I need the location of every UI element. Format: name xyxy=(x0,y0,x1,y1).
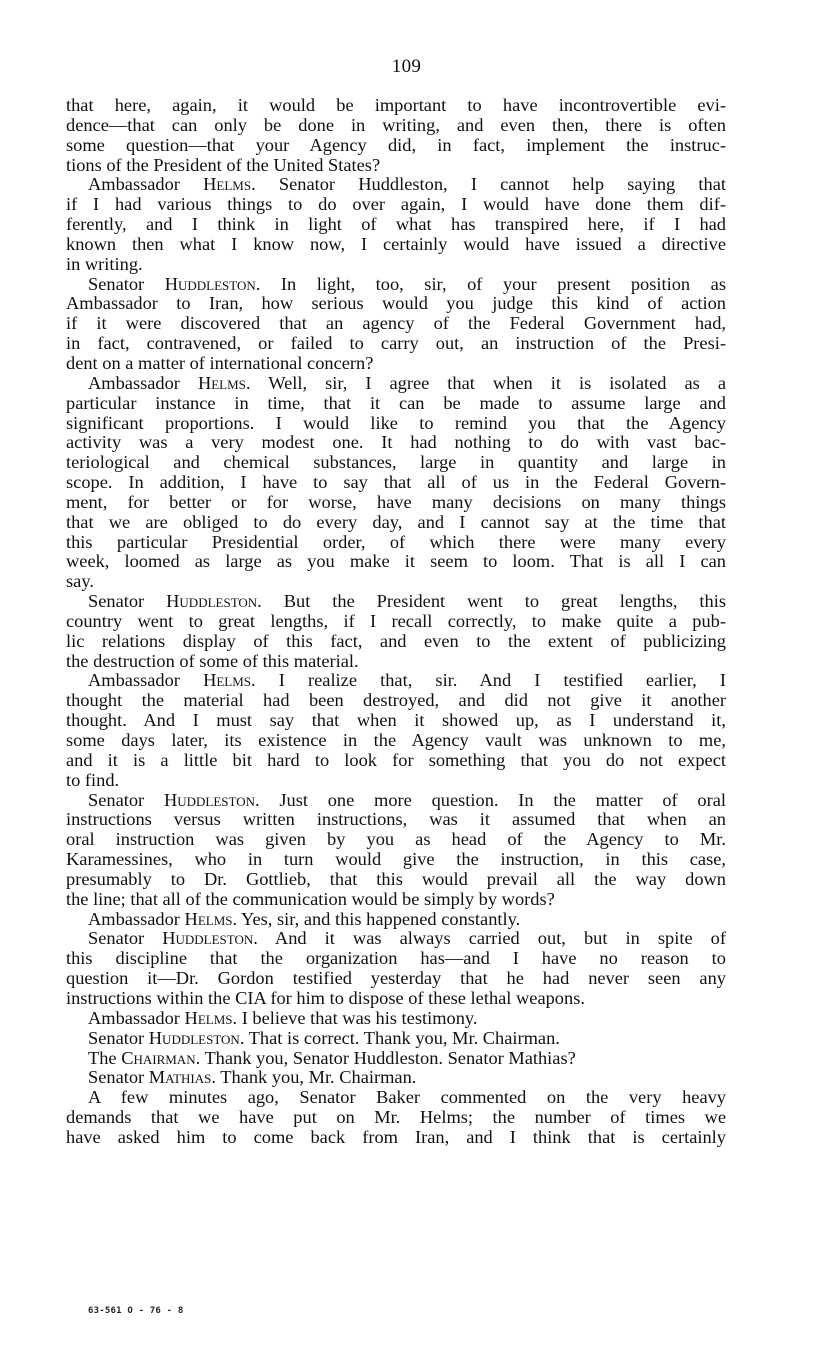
line-text: if I had various things to do over again… xyxy=(66,194,726,214)
line-text: oral instruction was given by you as hea… xyxy=(66,829,726,849)
text-line: instructions versus written instructions… xyxy=(66,810,726,830)
line-text: some question—that your Agency did, in f… xyxy=(66,135,726,155)
speaker-title: Senator xyxy=(88,591,166,611)
speaker-title: Senator xyxy=(88,274,165,294)
text-line: if I had various things to do over again… xyxy=(66,195,726,215)
hearing-transcript-body: that here, again, it would be important … xyxy=(66,96,726,1148)
line-text: instructions within the CIA for him to d… xyxy=(66,988,585,1008)
speaker-line: The Chairman. Thank you, Senator Huddles… xyxy=(66,1049,726,1069)
line-text: In light, too, sir, of your present posi… xyxy=(260,274,726,294)
text-line: scope. In addition, I have to say that a… xyxy=(66,473,726,493)
print-job-code: 63-561 O - 76 - 8 xyxy=(88,1306,184,1316)
speaker-title: Ambassador xyxy=(88,670,203,690)
speaker-line: Ambassador Helms. Well, sir, I agree tha… xyxy=(66,374,726,394)
speaker-line: Senator Huddleston. That is correct. Tha… xyxy=(66,1029,726,1049)
line-text: Karamessines, who in turn would give the… xyxy=(66,849,726,869)
text-line: if it were discovered that an agency of … xyxy=(66,314,726,334)
line-text: question it—Dr. Gordon testified yesterd… xyxy=(66,968,726,988)
speaker-title: Ambassador xyxy=(88,373,198,393)
text-line: that here, again, it would be important … xyxy=(66,96,726,116)
speaker-line: Ambassador Helms. I realize that, sir. A… xyxy=(66,671,726,691)
text-line: oral instruction was given by you as hea… xyxy=(66,830,726,850)
text-line: and it is a little bit hard to look for … xyxy=(66,751,726,771)
line-text: this discipline that the organization ha… xyxy=(66,948,726,968)
text-line: in fact, contravened, or failed to carry… xyxy=(66,334,726,354)
text-line: say. xyxy=(66,572,726,592)
line-text: in writing. xyxy=(66,254,143,274)
text-line: Karamessines, who in turn would give the… xyxy=(66,850,726,870)
text-line: lic relations display of this fact, and … xyxy=(66,632,726,652)
speaker-name: Helms. xyxy=(185,1008,238,1028)
speaker-title: Senator xyxy=(88,1067,149,1087)
line-text: I believe that was his testimony. xyxy=(237,1008,477,1028)
text-line: activity was a very modest one. It had n… xyxy=(66,433,726,453)
line-text: dent on a matter of international concer… xyxy=(66,353,373,373)
text-line: Ambassador to Iran, how serious would yo… xyxy=(66,294,726,314)
speaker-name: Huddleston. xyxy=(166,591,262,611)
line-text: Yes, sir, and this happened constantly. xyxy=(237,909,520,929)
text-line: known then what I know now, I certainly … xyxy=(66,235,726,255)
text-line: particular instance in time, that it can… xyxy=(66,394,726,414)
text-line: some question—that your Agency did, in f… xyxy=(66,136,726,156)
document-page: 109 that here, again, it would be import… xyxy=(0,0,813,1360)
line-text: to find. xyxy=(66,770,119,790)
line-text: teriological and chemical substances, la… xyxy=(66,452,726,472)
line-text: demands that we have put on Mr. Helms; t… xyxy=(66,1107,726,1127)
text-line: significant proportions. I would like to… xyxy=(66,414,726,434)
text-line: that we are obliged to do every day, and… xyxy=(66,513,726,533)
line-text: A few minutes ago, Senator Baker comment… xyxy=(88,1087,726,1107)
line-text: Senator Huddleston, I cannot help saying… xyxy=(256,174,726,194)
text-line: the destruction of some of this material… xyxy=(66,652,726,672)
text-line: presumably to Dr. Gottlieb, that this wo… xyxy=(66,870,726,890)
line-text: that here, again, it would be important … xyxy=(66,95,726,115)
line-text: country went to great lengths, if I reca… xyxy=(66,611,726,631)
text-line: question it—Dr. Gordon testified yesterd… xyxy=(66,969,726,989)
text-line: in writing. xyxy=(66,255,726,275)
line-text: presumably to Dr. Gottlieb, that this wo… xyxy=(66,869,726,889)
speaker-line: Ambassador Helms. Senator Huddleston, I … xyxy=(66,175,726,195)
text-line: dent on a matter of international concer… xyxy=(66,354,726,374)
text-line: to find. xyxy=(66,771,726,791)
line-text: this particular Presidential order, of w… xyxy=(66,532,726,552)
speaker-line: Ambassador Helms. Yes, sir, and this hap… xyxy=(66,910,726,930)
text-line: ferently, and I think in light of what h… xyxy=(66,215,726,235)
speaker-title: Ambassador xyxy=(88,174,203,194)
line-text: say. xyxy=(66,571,94,591)
line-text: the destruction of some of this material… xyxy=(66,651,359,671)
line-text: significant proportions. I would like to… xyxy=(66,413,726,433)
speaker-name: Huddleston. xyxy=(165,274,261,294)
speaker-line: Ambassador Helms. I believe that was his… xyxy=(66,1009,726,1029)
text-line: ment, for better or for worse, have many… xyxy=(66,493,726,513)
page-number: 109 xyxy=(0,56,813,78)
text-line: thought. And I must say that when it sho… xyxy=(66,711,726,731)
line-text: dence—that can only be done in writing, … xyxy=(66,115,726,135)
line-text: Ambassador to Iran, how serious would yo… xyxy=(66,293,726,313)
speaker-name: Chairman. xyxy=(121,1048,200,1068)
line-text: instructions versus written instructions… xyxy=(66,809,726,829)
speaker-name: Huddleston. xyxy=(149,1028,245,1048)
line-text: Thank you, Senator Huddleston. Senator M… xyxy=(200,1048,576,1068)
line-text: ment, for better or for worse, have many… xyxy=(66,492,726,512)
text-line: A few minutes ago, Senator Baker comment… xyxy=(66,1088,726,1108)
line-text: particular instance in time, that it can… xyxy=(66,393,726,413)
line-text: But the President went to great lengths,… xyxy=(262,591,726,611)
speaker-line: Senator Huddleston. But the President we… xyxy=(66,592,726,612)
speaker-title: Senator xyxy=(88,928,162,948)
text-line: country went to great lengths, if I reca… xyxy=(66,612,726,632)
text-line: teriological and chemical substances, la… xyxy=(66,453,726,473)
line-text: thought. And I must say that when it sho… xyxy=(66,710,726,730)
text-line: this particular Presidential order, of w… xyxy=(66,533,726,553)
speaker-title: The xyxy=(88,1048,121,1068)
speaker-name: Huddleston. xyxy=(162,928,258,948)
text-line: demands that we have put on Mr. Helms; t… xyxy=(66,1108,726,1128)
speaker-title: Senator xyxy=(88,1028,149,1048)
line-text: Just one more question. In the matter of… xyxy=(260,790,726,810)
text-line: this discipline that the organization ha… xyxy=(66,949,726,969)
line-text: some days later, its existence in the Ag… xyxy=(66,730,726,750)
line-text: ferently, and I think in light of what h… xyxy=(66,214,726,234)
line-text: if it were discovered that an agency of … xyxy=(66,313,726,333)
speaker-title: Ambassador xyxy=(88,1008,185,1028)
line-text: in fact, contravened, or failed to carry… xyxy=(66,333,726,353)
speaker-line: Senator Mathias. Thank you, Mr. Chairman… xyxy=(66,1068,726,1088)
line-text: and it is a little bit hard to look for … xyxy=(66,750,726,770)
line-text: have asked him to come back from Iran, a… xyxy=(66,1127,726,1147)
line-text: thought the material had been destroyed,… xyxy=(66,690,726,710)
text-line: dence—that can only be done in writing, … xyxy=(66,116,726,136)
line-text: That is correct. Thank you, Mr. Chairman… xyxy=(244,1028,559,1048)
speaker-name: Helms. xyxy=(198,373,251,393)
speaker-title: Senator xyxy=(88,790,164,810)
speaker-name: Helms. xyxy=(203,174,256,194)
line-text: activity was a very modest one. It had n… xyxy=(66,432,726,452)
text-line: week, loomed as large as you make it see… xyxy=(66,552,726,572)
line-text: lic relations display of this fact, and … xyxy=(66,631,726,651)
speaker-name: Helms. xyxy=(185,909,238,929)
text-line: tions of the President of the United Sta… xyxy=(66,156,726,176)
speaker-title: Ambassador xyxy=(88,909,185,929)
speaker-name: Mathias. xyxy=(149,1067,216,1087)
text-line: instructions within the CIA for him to d… xyxy=(66,989,726,1009)
text-line: thought the material had been destroyed,… xyxy=(66,691,726,711)
line-text: the line; that all of the communication … xyxy=(66,889,555,909)
line-text: week, loomed as large as you make it see… xyxy=(66,551,726,571)
text-line: have asked him to come back from Iran, a… xyxy=(66,1128,726,1148)
speaker-line: Senator Huddleston. And it was always ca… xyxy=(66,929,726,949)
line-text: I realize that, sir. And I testified ear… xyxy=(256,670,726,690)
line-text: that we are obliged to do every day, and… xyxy=(66,512,726,532)
speaker-name: Huddleston. xyxy=(164,790,260,810)
line-text: tions of the President of the United Sta… xyxy=(66,155,380,175)
line-text: And it was always carried out, but in sp… xyxy=(258,928,726,948)
line-text: Thank you, Mr. Chairman. xyxy=(216,1067,416,1087)
text-line: some days later, its existence in the Ag… xyxy=(66,731,726,751)
speaker-line: Senator Huddleston. Just one more questi… xyxy=(66,791,726,811)
text-line: the line; that all of the communication … xyxy=(66,890,726,910)
line-text: known then what I know now, I certainly … xyxy=(66,234,726,254)
speaker-line: Senator Huddleston. In light, too, sir, … xyxy=(66,275,726,295)
line-text: scope. In addition, I have to say that a… xyxy=(66,472,726,492)
speaker-name: Helms. xyxy=(203,670,256,690)
line-text: Well, sir, I agree that when it is isola… xyxy=(251,373,726,393)
